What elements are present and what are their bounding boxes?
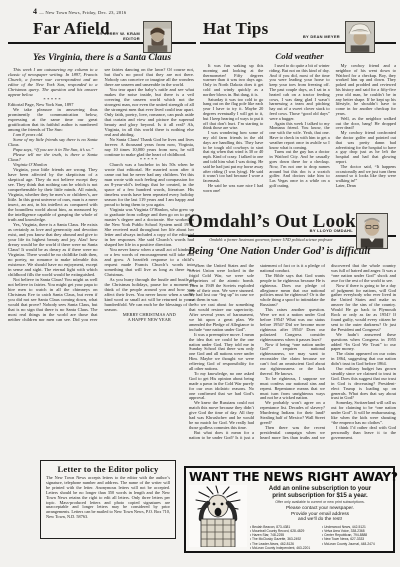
ad-text-column: Add an online subscription to your print… <box>247 485 390 550</box>
frazzled-person-illustration <box>189 485 247 547</box>
body-paragraph: Now if being “one nation under God” requ… <box>260 343 325 377</box>
body-paragraph: We probably won’t agree on a repentance … <box>260 401 325 426</box>
body-paragraph: Virginia was Virginia O’Hanlon, who grew… <box>105 207 195 247</box>
far-afield-byline: BY JERRY W. KRAM EDITOR <box>55 31 140 41</box>
body-paragraph: Church was a bachelor in his 50s when he… <box>105 162 195 207</box>
body-paragraph: This raises another question. Were we no… <box>260 308 325 342</box>
far-afield-byline-role: EDITOR <box>55 36 140 41</box>
ad-newspaper-lists: • Beulah Beacon, 873-4381• Mountrail Cou… <box>250 525 390 550</box>
hat-tips-body: It was fun waking up this morning and lo… <box>203 64 396 213</box>
body-paragraph: Yes, Virginia, there is a Santa Claus. H… <box>8 222 98 277</box>
body-paragraph: I think I’d rather deal with God persona… <box>331 426 396 441</box>
subscription-ad: WANT THE NEWS RIGHT AWAY? <box>184 466 395 553</box>
hat-tips-byline: BY DEAN MEYER <box>255 34 340 39</box>
hat-tips-byline-name: BY DEAN MEYER <box>255 34 340 39</box>
far-afield-headline: Yes Virginia, there is a Santa Claus <box>8 53 196 63</box>
page-header: 4— New Town News, Friday, Dec. 23, 2016 <box>33 7 126 16</box>
body-paragraph: My cowboy friend and a neighbor of his w… <box>336 64 396 117</box>
ad-fine-print: Offer only available to current or new p… <box>275 500 365 504</box>
body-paragraph: As you hurry through the hustle and bust… <box>105 277 195 312</box>
dean-meyer-photo <box>345 21 375 53</box>
body-paragraph: Our military budget has grown steadily s… <box>331 367 396 401</box>
body-paragraph: We knew the Russians could not match thi… <box>189 401 254 430</box>
body-paragraph: The Bible says that God wants people to … <box>260 274 325 308</box>
omdahl-byline-name: BY LLOYD OMDAHL <box>265 228 353 233</box>
ad-newspaper-item: • McLean County Independent, 463-2201 <box>250 546 318 550</box>
body-paragraph: My cowboy friend confronted the doctor g… <box>336 131 396 165</box>
body-paragraph: Later, Dean <box>336 184 396 189</box>
body-paragraph: Please tell me the truth, is there a San… <box>8 152 98 162</box>
ad-newspaper-list-right: • Underwood News, 442-5121• Velva Area V… <box>322 525 390 550</box>
body-paragraph: The doctor said, “It happens occasionall… <box>336 165 396 184</box>
letter-policy-box: Letter to the Editor policy The New Town… <box>40 460 176 539</box>
body-paragraph: A HAPPY NEW YEAR <box>105 317 195 322</box>
ad-newspaper-item: • McLean County Journal, 448-2474 <box>322 542 390 546</box>
ad-contact-text: Please contact your newspaper. Provide y… <box>286 506 354 523</box>
body-paragraph: When the United States and the Soviet Un… <box>189 264 254 303</box>
body-paragraph: To my knowledge, no one asked God to get… <box>189 372 254 401</box>
ad-offer-line2: print subscription for $15 a year. <box>269 492 371 499</box>
body-paragraph: It was fun waking up this morning and lo… <box>203 64 263 98</box>
hat-tips-headline: Cold weather <box>203 51 396 61</box>
body-paragraph: Someday, Switzerland will call us out fo… <box>331 401 396 426</box>
omdahl-kicker: Omdahl: a former lieutenant governor, fo… <box>188 238 354 242</box>
omdahl-headline: Being ‘One Nation Under God’ is difficul… <box>188 246 354 257</box>
ad-offer-line1: Add an online subscription to your <box>269 485 371 492</box>
body-paragraph: This week I am outsourcing my column to … <box>8 67 98 97</box>
body-paragraph: No Santa Claus! Thank God he lives and l… <box>105 137 195 157</box>
newspaper-page: 4— New Town News, Friday, Dec. 23, 2016 … <box>0 0 400 567</box>
body-paragraph: Well, as the neighbor walked out the doo… <box>336 117 396 131</box>
ad-contact-line1: Please contact your newspaper. <box>286 506 354 512</box>
body-paragraph: Turns out the guy has a doctor in Watfor… <box>269 150 329 188</box>
omdahl-byline: BY LLOYD OMDAHL <box>265 228 353 233</box>
body-paragraph: Virginia, your little friends are wrong.… <box>8 167 98 222</box>
frazzled-person-photo <box>189 485 247 547</box>
body-paragraph: I was wondering how some of my old farm … <box>203 131 263 184</box>
body-paragraph: Saturday it was too cold to go hang out … <box>203 98 263 132</box>
letter-policy-text: The New Town News accepts letters to the… <box>46 476 170 520</box>
body-paragraph: So we cast about for something that woul… <box>189 303 254 332</box>
ad-content-row: Add an online subscription to your print… <box>189 485 390 550</box>
far-afield-body: This week I am outsourcing my column to … <box>8 67 194 455</box>
jerry-kram-photo <box>143 21 172 53</box>
body-paragraph: The claim appeared on our coins in 1864,… <box>331 352 396 367</box>
lloyd-omdahl-photo <box>356 213 388 249</box>
ad-newspaper-list-left: • Beulah Beacon, 873-4381• Mountrail Cou… <box>250 525 318 550</box>
page-dateline: — New Town News, Friday, Dec. 23, 2016 <box>39 10 126 15</box>
body-paragraph: It was a preemptive move. I mean the ide… <box>189 333 254 372</box>
ad-headline: WANT THE NEWS RIGHT AWAY? <box>189 470 390 484</box>
omdahl-body: When the United States and the Soviet Un… <box>189 264 396 464</box>
body-paragraph: We take pleasure in answering thus promi… <box>8 107 98 132</box>
dean-meyer-portrait <box>346 22 374 52</box>
page-number: 4 <box>33 7 37 16</box>
body-paragraph: Again this week I talked to my Montana f… <box>269 122 329 151</box>
body-paragraph: To be righteous, I suppose we must confe… <box>260 377 325 402</box>
body-paragraph: Now if there is going to be a day of jud… <box>331 284 396 333</box>
letter-policy-heading: Letter to the Editor policy <box>46 464 170 474</box>
body-paragraph: I used to do quite a bit of winter ridin… <box>269 64 329 122</box>
body-paragraph: Some of my little friends say there is n… <box>8 137 98 147</box>
body-paragraph: We hadn’t answered these questions when … <box>331 333 396 353</box>
lloyd-omdahl-portrait <box>357 214 387 248</box>
ad-contact-line3: and we’ll do the rest! <box>286 517 354 523</box>
ad-offer-text: Add an online subscription to your print… <box>269 485 371 499</box>
body-paragraph: You tear apart the baby’s rattle and see… <box>105 87 195 137</box>
body-paragraph: You never know when a small act of kindn… <box>105 247 195 277</box>
body-paragraph: He said he was sure nice I had worn one! <box>203 184 263 194</box>
jerry-kram-portrait <box>144 22 171 52</box>
